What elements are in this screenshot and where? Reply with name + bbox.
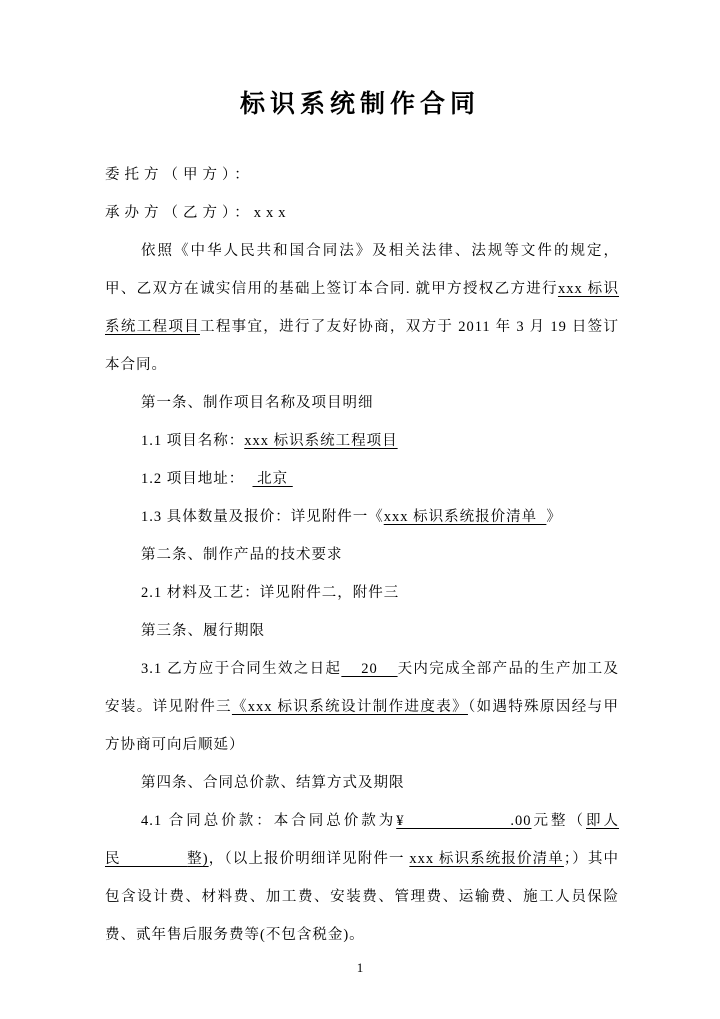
clause-3-1: 3.1 乙方应于合同生效之日起 20 天内完成全部产品的生产加工及安装。详见附件… xyxy=(105,650,619,764)
clause-4-1-text-1: 4.1 合同总价款：本合同总价款为 xyxy=(141,813,396,829)
clause-1-3-label: 1.3 具体数量及报价：详见附件一《 xyxy=(141,509,384,525)
clause-1-3-suffix: 》 xyxy=(546,509,562,525)
clause-2-heading-text: 第二条、制作产品的技术要求 xyxy=(141,547,343,563)
quotation-attachment-ref: xxx 标识系统报价清单 xyxy=(409,851,564,867)
clause-4-1-text-3: ，（以上报价明细详见附件一 xyxy=(209,851,410,867)
clause-3-1-text-1: 3.1 乙方应于合同生效之日起 xyxy=(141,661,341,677)
clause-4-1: 4.1 合同总价款：本合同总价款为¥ .00元整（即人民 整)，（以上报价明细详… xyxy=(105,802,619,954)
clause-2-1-text: 2.1 材料及工艺：详见附件二，附件三 xyxy=(141,585,399,601)
clause-1-2-label: 1.2 项目地址： xyxy=(141,471,253,487)
party-b-label: 承办方（乙方）：xxx xyxy=(105,205,291,221)
schedule-attachment-name: 《xxx 标识系统设计制作进度表》 xyxy=(232,699,468,715)
project-address-field: 北京 xyxy=(253,471,293,487)
clause-4-heading-text: 第四条、合同总价款、结算方式及期限 xyxy=(141,775,405,791)
clause-3-heading: 第三条、履行期限 xyxy=(105,612,619,650)
clause-1-2: 1.2 项目地址： 北京 xyxy=(105,460,619,498)
amount-in-words-suffix: 整) xyxy=(187,851,208,867)
party-a-label: 委托方（甲方）： xyxy=(105,167,254,183)
clause-4-1-text-2: 元整（ xyxy=(532,813,587,829)
document-body: 委托方（甲方）： 承办方（乙方）：xxx 依照《中华人民共和国合同法》及相关法律… xyxy=(105,156,619,954)
project-name-field: xxx 标识系统工程项目 xyxy=(244,433,397,449)
clause-1-1-label: 1.1 项目名称： xyxy=(141,433,244,449)
clause-2-1: 2.1 材料及工艺：详见附件二，附件三 xyxy=(105,574,619,612)
intro-paragraph: 依照《中华人民共和国合同法》及相关法律、法规等文件的规定，甲、乙双方在诚实信用的… xyxy=(105,232,619,384)
completion-days-field: 20 xyxy=(341,661,397,677)
party-b-line: 承办方（乙方）：xxx xyxy=(105,194,619,232)
clause-1-heading-text: 第一条、制作项目名称及项目明细 xyxy=(141,395,374,411)
party-a-line: 委托方（甲方）： xyxy=(105,156,619,194)
clause-4-heading: 第四条、合同总价款、结算方式及期限 xyxy=(105,764,619,802)
page-number: 1 xyxy=(0,960,720,976)
clause-3-heading-text: 第三条、履行期限 xyxy=(141,623,265,639)
clause-1-3: 1.3 具体数量及报价：详见附件一《xxx 标识系统报价清单 》 xyxy=(105,498,619,536)
intro-text-1: 依照《中华人民共和国合同法》及相关法律、法规等文件的规定，甲、乙双方在诚实信用的… xyxy=(105,243,619,297)
quotation-attachment-name: xxx 标识系统报价清单 xyxy=(384,509,547,525)
total-amount-field: ¥ .00 xyxy=(396,813,531,829)
document-title: 标识系统制作合同 xyxy=(0,84,720,120)
clause-1-heading: 第一条、制作项目名称及项目明细 xyxy=(105,384,619,422)
contract-document-page: 标识系统制作合同 委托方（甲方）： 承办方（乙方）：xxx 依照《中华人民共和国… xyxy=(0,0,720,1019)
clause-2-heading: 第二条、制作产品的技术要求 xyxy=(105,536,619,574)
clause-1-1: 1.1 项目名称：xxx 标识系统工程项目 xyxy=(105,422,619,460)
